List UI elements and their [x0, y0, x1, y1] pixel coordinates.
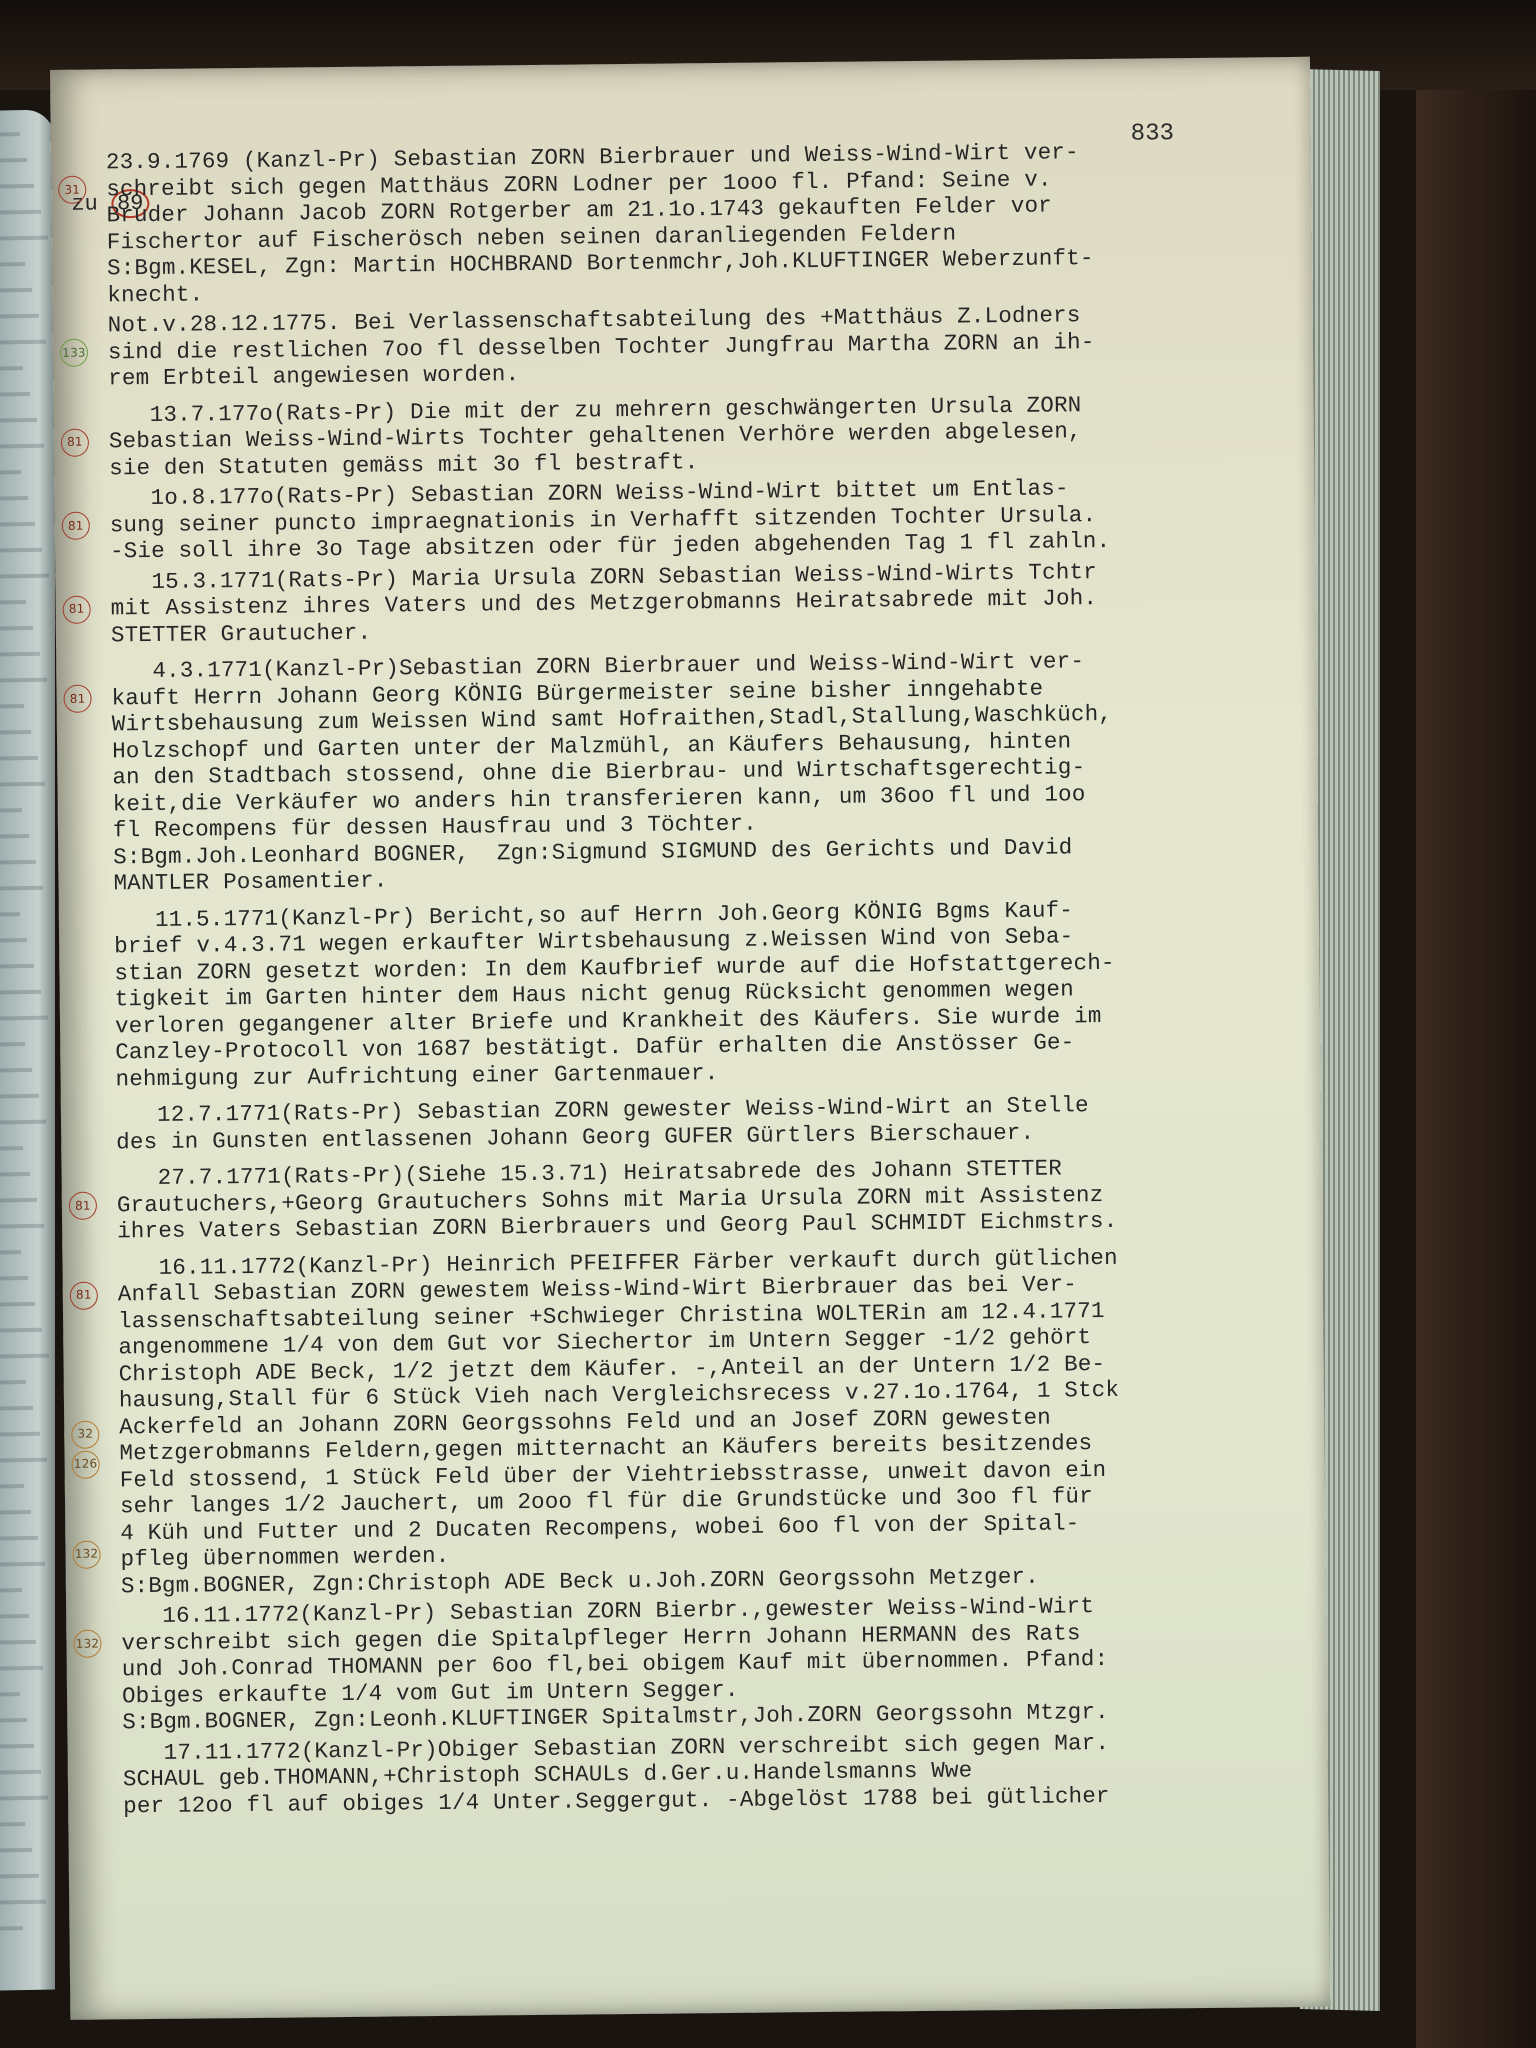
left-page-text-line [0, 522, 35, 527]
left-page-text-line [0, 1068, 32, 1073]
left-page-text-line [0, 1432, 40, 1437]
left-page-text-line [0, 1536, 38, 1541]
left-page-text-line [0, 1302, 35, 1307]
left-page-text-line [0, 158, 27, 162]
left-page-text-line [0, 548, 42, 553]
left-page-text-line [0, 1016, 48, 1021]
document-entry: 12.7.1771(Rats-Pr) Sebastian ZORN gewest… [116, 1090, 1306, 1155]
left-page-text-line [0, 1718, 27, 1722]
book-cover-edge [1416, 90, 1536, 2048]
left-page-text-line [0, 262, 25, 266]
left-page-text-line [0, 1640, 36, 1645]
left-page-text-line [0, 210, 41, 215]
margin-annotation: 81 [61, 428, 89, 456]
document-entry: 81 13.7.177o(Rats-Pr) Die mit der zu meh… [108, 389, 1299, 481]
left-page-text-line [0, 808, 22, 812]
left-page-text-line [0, 1744, 34, 1749]
document-entry: 81 15.3.1771(Rats-Pr) Maria Ursula ZORN … [110, 556, 1301, 648]
document-entry: 132 16.11.1772(Kanzl-Pr) Sebastian ZORN … [121, 1591, 1312, 1736]
left-page-text-line [0, 1900, 46, 1905]
left-page-text-line [0, 1874, 39, 1879]
left-page-text-line [0, 626, 33, 631]
left-page-text-line [0, 1926, 23, 1930]
left-page-text-line [0, 1666, 43, 1671]
left-page-text-line [0, 184, 34, 189]
document-page: 833 zu 89 3123.9.1769 (Kanzl-Pr) Sebasti… [50, 57, 1330, 2020]
left-page-text-line [0, 418, 37, 423]
left-page-text-line [0, 1588, 22, 1592]
margin-annotation: 132 [72, 1540, 100, 1568]
left-page-text-line [0, 886, 43, 891]
left-page-text-line [0, 1458, 47, 1463]
left-page-text-line [0, 1796, 48, 1801]
left-page-text-line [0, 1406, 33, 1411]
left-page-text-line [0, 132, 20, 136]
left-facing-page [0, 110, 55, 1991]
left-page-text-line [0, 470, 21, 474]
margin-annotation: 126 [71, 1450, 99, 1478]
left-page-text-line [0, 366, 23, 370]
left-page-text-line [0, 730, 31, 735]
document-entry: 81 4.3.1771(Kanzl-Pr)Sebastian ZORN Bier… [111, 646, 1303, 897]
margin-annotation: 81 [69, 1192, 97, 1220]
left-page-text-line [0, 964, 34, 969]
margin-annotation: 81 [63, 685, 91, 713]
left-page-text-line [0, 1250, 21, 1254]
left-page-text-line [0, 990, 41, 995]
left-page-text-line [0, 1562, 45, 1567]
left-page-text-line [0, 1146, 23, 1150]
document-entry: 11.5.1771(Kanzl-Pr) Bericht,so auf Herrn… [114, 894, 1306, 1092]
document-entry: 133Not.v.28.12.1775. Bei Verlassenschaft… [108, 300, 1299, 392]
left-page-text-line [0, 392, 30, 397]
document-entry: 17.11.1772(Kanzl-Pr)Obiger Sebastian ZOR… [122, 1727, 1313, 1819]
left-page-text-line [0, 314, 39, 319]
left-page-text-line [0, 1770, 41, 1775]
left-page-text-line [0, 1822, 25, 1826]
margin-annotation: 132 [73, 1630, 101, 1658]
left-page-text-line [0, 444, 44, 449]
left-page-text-line [0, 652, 40, 657]
left-page-text-line [0, 340, 46, 345]
left-page-text-line [0, 1328, 42, 1333]
document-entry: 81 27.7.1771(Rats-Pr)(Siehe 15.3.71) Hei… [116, 1153, 1307, 1245]
left-page-text-line [0, 938, 27, 942]
left-page-text-line [0, 1042, 25, 1046]
left-page-text-line [0, 834, 29, 839]
left-page-text-line [0, 574, 49, 579]
left-page-text-line [0, 1224, 44, 1229]
margin-annotation: 133 [60, 339, 88, 367]
margin-annotation: 31 [58, 176, 86, 204]
left-page-text-line [0, 1172, 30, 1177]
left-page-text-line [0, 678, 47, 683]
margin-annotation: 81 [63, 595, 91, 623]
document-entry: 3123.9.1769 (Kanzl-Pr) Sebastian ZORN Bi… [106, 137, 1298, 308]
left-page-text-line [0, 1614, 29, 1619]
left-page-text-line [0, 756, 38, 761]
left-page-text-line [0, 1510, 31, 1515]
margin-annotation: 81 [62, 512, 90, 540]
document-entry: 8132126132 16.11.1772(Kanzl-Pr) Heinrich… [117, 1242, 1311, 1599]
left-page-text-line [0, 704, 24, 708]
margin-annotation: 81 [70, 1281, 98, 1309]
left-page-text-line [0, 236, 48, 241]
left-page-text-line [0, 1276, 28, 1280]
typewritten-text-body: 3123.9.1769 (Kanzl-Pr) Sebastian ZORN Bi… [106, 137, 1313, 1823]
left-page-text-line [0, 860, 36, 865]
left-page-text-line [0, 1848, 32, 1853]
left-page-text-line [0, 1094, 39, 1099]
left-page-text-line [0, 600, 26, 604]
left-page-text-line [0, 1692, 20, 1696]
margin-annotation: 32 [71, 1420, 99, 1448]
left-page-text-line [0, 782, 45, 787]
left-page-text-line [0, 496, 28, 500]
document-entry: 81 1o.8.177o(Rats-Pr) Sebastian ZORN Wei… [109, 473, 1300, 565]
left-page-text-line [0, 1120, 46, 1125]
left-page-text-line [0, 1380, 26, 1384]
left-page-text-line [0, 288, 32, 293]
left-page-text-line [0, 1354, 49, 1359]
left-page-text-line [0, 1484, 24, 1488]
left-page-text-line [0, 1198, 37, 1203]
left-page-text-line [0, 912, 20, 916]
